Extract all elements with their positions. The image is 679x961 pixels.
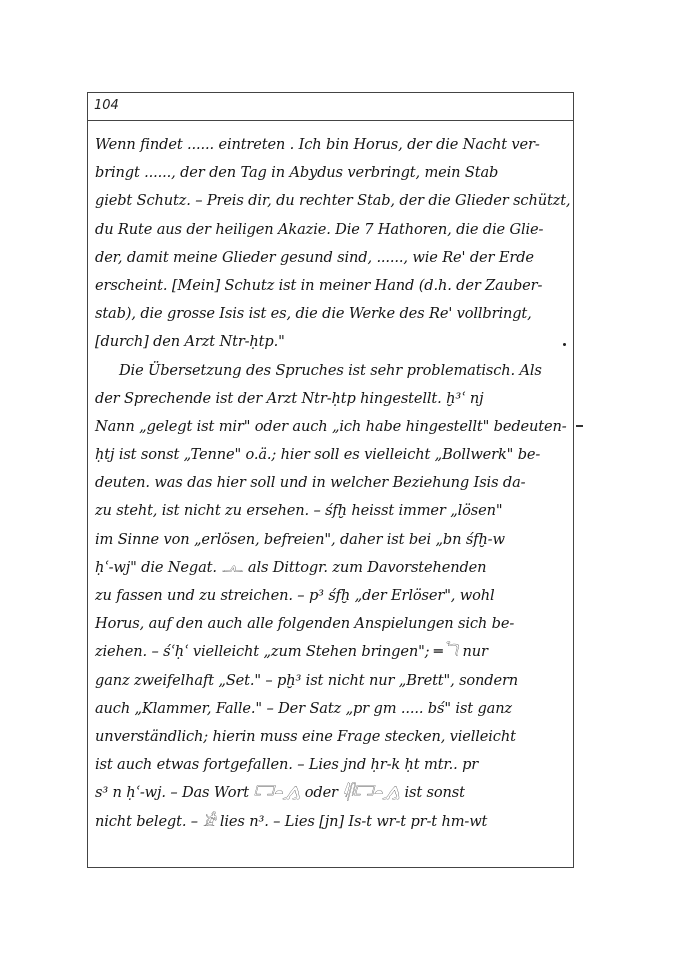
margin-hyphen-mark: [576, 425, 583, 427]
text-line: zu steht, ist nicht zu ersehen. – śfḫ he…: [95, 497, 573, 525]
text-line: Horus, auf den auch alle folgenden Anspi…: [95, 610, 573, 638]
text-line: [durch] den Arzt Ntr-ḥtp.": [95, 328, 573, 356]
text-line-with-hieroglyphs: nicht belegt. – 𓀀 lies n³. – Lies [jn] I…: [95, 808, 573, 836]
text-line: im Sinne von „erlösen, befreien", daher …: [95, 526, 573, 554]
text-line: Wenn findet ...... eintreten . Ich bin H…: [95, 131, 573, 159]
paragraph-start-line: Die Übersetzung des Spruches ist sehr pr…: [95, 357, 573, 385]
text-line: Nann „gelegt ist mir" oder auch „ich hab…: [95, 413, 573, 441]
text-line: bringt ......, der den Tag in Abydus ver…: [95, 159, 573, 187]
text-line: ḥtj ist sonst „Tenne" o.ä.; hier soll es…: [95, 441, 573, 469]
text-line: der, damit meine Glieder gesund sind, ..…: [95, 244, 573, 272]
page-number: 104: [94, 98, 119, 113]
text-line: ist auch etwas fortgefallen. – Lies jnd …: [95, 751, 573, 779]
text-line: unverständlich; hierin muss eine Frage s…: [95, 723, 573, 751]
text-line: auch „Klammer, Falle." – Der Satz „pr gm…: [95, 695, 573, 723]
text-line: der Sprechende ist der Arzt Ntr-ḥtp hing…: [95, 385, 573, 413]
text-line: ganz zweifelhaft „Set." – pḫ³ ist nicht …: [95, 667, 573, 695]
text-line: du Rute aus der heiligen Akazie. Die 7 H…: [95, 216, 573, 244]
page-header-row: 104: [88, 93, 573, 121]
handwritten-body: Wenn findet ...... eintreten . Ich bin H…: [95, 131, 573, 836]
text-line: stab), die grosse Isis ist es, die die W…: [95, 300, 573, 328]
text-line: giebt Schutz. – Preis dir, du rechter St…: [95, 187, 573, 215]
text-line-with-hieroglyphs: s³ n ḥʿ-wj. – Das Wort 𓉐𓏏𓂻 oder 𓇋𓋴𓉐𓏏𓂻 is…: [95, 779, 573, 807]
text-line: ḥʿ-wj" die Negat. 𓂜 als Dittogr. zum Dav…: [95, 554, 573, 582]
margin-dot-mark: [563, 343, 566, 346]
text-line: zu fassen und zu streichen. – p³ śfḫ „de…: [95, 582, 573, 610]
text-line: ziehen. – śʿḥʿ vielleicht „zum Stehen br…: [95, 638, 573, 666]
page-frame: 104 Wenn findet ...... eintreten . Ich b…: [87, 92, 574, 868]
text-line: erscheint. [Mein] Schutz ist in meiner H…: [95, 272, 573, 300]
text-line: deuten. was das hier soll und in welcher…: [95, 469, 573, 497]
